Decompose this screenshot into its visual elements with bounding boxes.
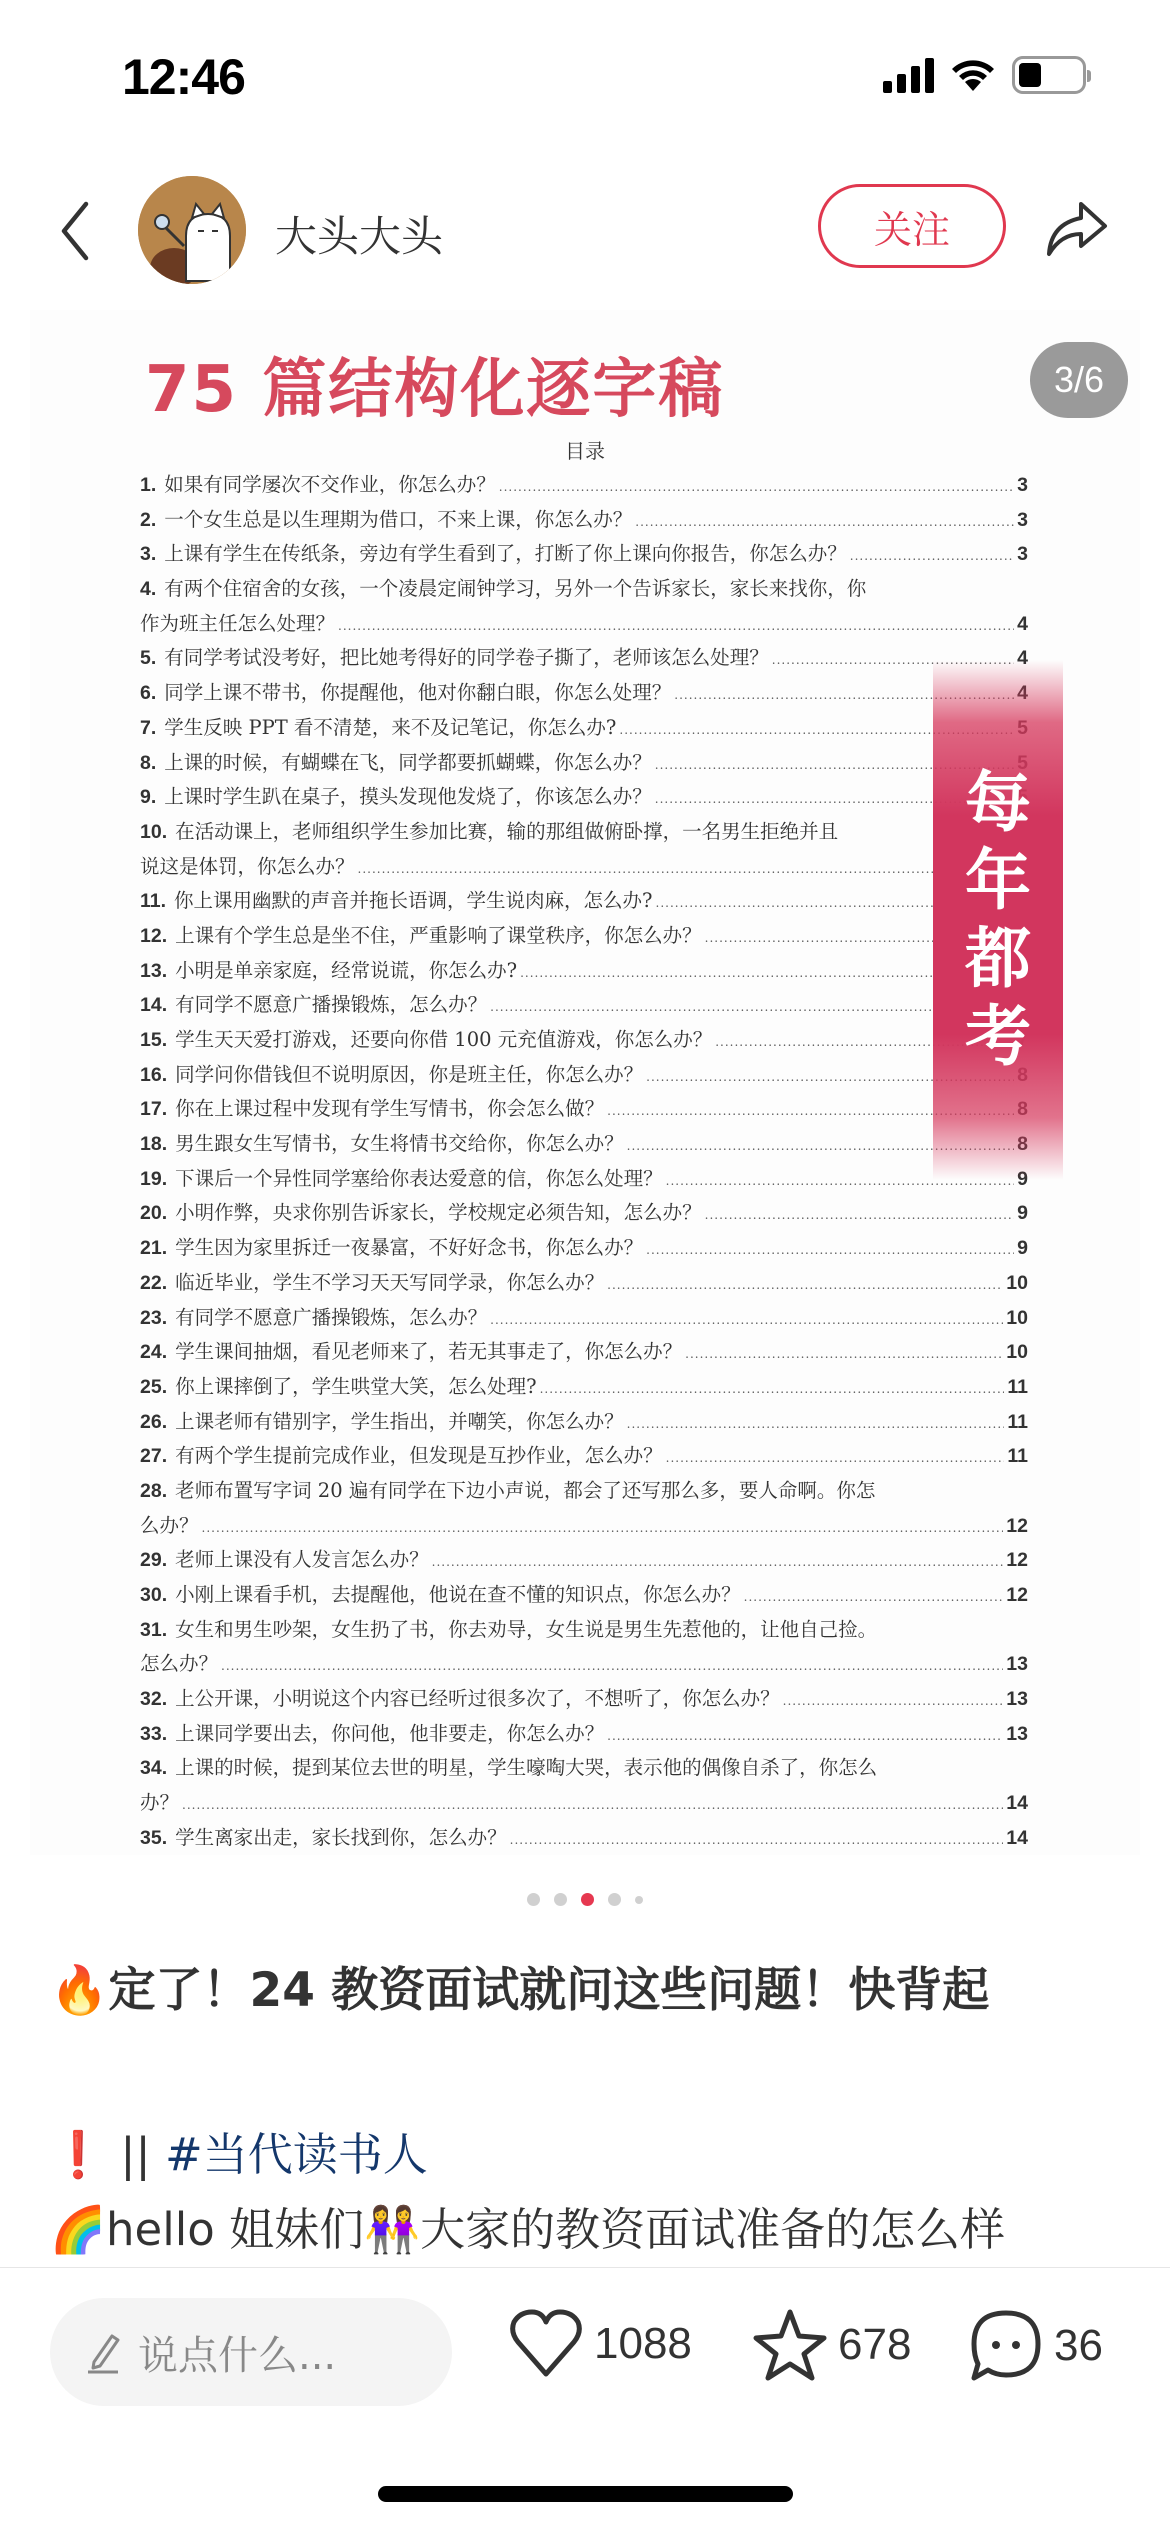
toc-item-text: 你上课摔倒了，学生哄堂大笑，怎么处理? — [175, 1370, 536, 1405]
toc-item: 27.有两个学生提前完成作业，但发现是互抄作业，怎么办？11 — [140, 1439, 1028, 1474]
carousel-dot[interactable] — [554, 1893, 567, 1906]
toc-item-number: 14. — [140, 988, 167, 1023]
share-arrow-icon — [1043, 198, 1109, 258]
toc-item-text: 一个女生总是以生理期为借口，不来上课，你怎么办？ — [164, 503, 632, 538]
post-title: 🔥定了！24 教资面试就问这些问题！快背起 — [50, 1948, 1130, 2034]
carousel-dots[interactable] — [0, 1893, 1170, 1906]
toc-item-number: 30. — [140, 1578, 167, 1613]
toc-item: 9.上课时学生趴在桌子，摸头发现他发烧了，你该怎么办？5 — [140, 780, 1028, 815]
toc-item-page: 11 — [1007, 1439, 1028, 1474]
toc-item-page: 12 — [1006, 1578, 1028, 1613]
leader-dots — [705, 1198, 1015, 1231]
leader-dots — [221, 1649, 1003, 1682]
toc-item-continued: 怎么办？13 — [140, 1647, 1028, 1682]
toc-item: 10.在活动课上，老师组织学生参加比赛，输的那组做俯卧撑，一名男生拒绝并且 — [140, 815, 1028, 850]
like-button[interactable]: 1088 — [508, 2308, 692, 2380]
toc-item-number: 32. — [140, 1682, 167, 1717]
toc-item: 18.男生跟女生写情书，女生将情书交给你，你怎么办？8 — [140, 1127, 1028, 1162]
toc-item: 6.同学上课不带书，你提醒他，他对你翻白眼，你怎么处理？4 — [140, 676, 1028, 711]
toc-item-text: 如果有同学屡次不交作业，你怎么办？ — [164, 468, 496, 503]
toc-item-page: 13 — [1006, 1682, 1028, 1717]
leader-dots — [627, 1407, 1005, 1440]
leader-dots — [540, 1372, 1005, 1405]
toc-item-text: 有同学考试没考好，把比她考得好的同学卷子撕了，老师该怎么处理？ — [164, 641, 769, 676]
toc-item: 34.上课的时候，提到某位去世的明星，学生嚎啕大哭，表示他的偶像自杀了，你怎么 — [140, 1751, 1028, 1786]
leader-dots — [685, 1337, 1003, 1370]
cellular-signal-icon — [883, 57, 934, 93]
toc-item-number: 8. — [140, 746, 156, 781]
leader-dots — [744, 1580, 1004, 1613]
leader-dots — [666, 1441, 1005, 1474]
toc-item-text: 上课的时候，有蝴蝶在飞，同学都要抓蝴蝶，你怎么办？ — [164, 746, 652, 781]
toc-item-continued: 说这是体罚，你怎么办？6 — [140, 850, 1028, 885]
toc-item-text: 女生和男生吵架，女生扔了书，你去劝导，女生说是男生先惹他的，让他自己捡。 — [175, 1613, 877, 1648]
leader-dots — [850, 539, 1014, 572]
toc-item-text: 在活动课上，老师组织学生参加比赛，输的那组做俯卧撑，一名男生拒绝并且 — [175, 815, 838, 850]
toc-item-number: 1. — [140, 468, 156, 503]
toc-item-page: 13 — [1006, 1647, 1028, 1682]
toc-item: 31.女生和男生吵架，女生扔了书，你去劝导，女生说是男生先惹他的，让他自己捡。 — [140, 1613, 1028, 1648]
toc-item-number: 28. — [140, 1474, 167, 1509]
toc-item-number: 9. — [140, 780, 156, 815]
toc-item-number: 21. — [140, 1231, 167, 1266]
toc-item-number: 15. — [140, 1023, 167, 1058]
banner-text: 每年都考 — [963, 764, 1033, 1076]
leader-dots — [358, 852, 1015, 885]
toc-item: 15.学生天天爱打游戏，还要向你借 100 元充值游戏，你怎么办？7 — [140, 1023, 1028, 1058]
pencil-icon — [86, 2330, 122, 2374]
favorite-button[interactable]: 678 — [752, 2308, 911, 2382]
leader-dots — [635, 505, 1014, 538]
fire-icon: 🔥 — [50, 1963, 109, 2018]
battery-icon — [1012, 56, 1086, 94]
status-time: 12:46 — [122, 48, 245, 106]
toc-item: 20.小明作弊，央求你别告诉家长，学校规定必须告知，怎么办？9 — [140, 1196, 1028, 1231]
like-count: 1088 — [594, 2319, 692, 2369]
chat-bubble-icon — [968, 2308, 1044, 2384]
toc-item-text-cont: 作为班主任怎么处理？ — [140, 607, 335, 642]
toc-item-number: 5. — [140, 641, 156, 676]
author-name[interactable]: 大头大头 — [275, 204, 443, 264]
toc-item-number: 11. — [140, 884, 166, 919]
two-women-icon: 👭 — [364, 2203, 420, 2256]
leader-dots — [499, 470, 1014, 503]
toc-item-page: 3 — [1017, 468, 1028, 503]
toc-item: 5.有同学考试没考好，把比她考得好的同学卷子撕了，老师该怎么处理？4 — [140, 641, 1028, 676]
leader-dots — [607, 1719, 1003, 1752]
toc-item-text: 有同学不愿意广播操锻炼，怎么办？ — [175, 988, 487, 1023]
toc-item-number: 18. — [140, 1127, 167, 1162]
toc-item-text: 老师上课没有人发言怎么办？ — [175, 1543, 429, 1578]
toc-item-number: 27. — [140, 1439, 167, 1474]
toc-item-text: 下课后一个异性同学塞给你表达爱意的信，你怎么处理？ — [175, 1162, 663, 1197]
toc-item-text: 学生课间抽烟，看见老师来了，若无其事走了，你怎么办？ — [175, 1335, 682, 1370]
toc-item-text: 学生离家出走，家长找到你，怎么办？ — [175, 1821, 507, 1856]
toc-item-number: 13. — [140, 954, 167, 989]
toc-item-page: 10 — [1006, 1301, 1028, 1336]
toc-item: 4.有两个住宿舍的女孩，一个凌晨定闹钟学习，另外一个告诉家长，家长来找你，你 — [140, 572, 1028, 607]
toc-item-text: 上课老师有错别字，学生指出，并嘲笑，你怎么办？ — [175, 1405, 624, 1440]
toc-item-page: 11 — [1007, 1370, 1028, 1405]
toc-item: 33.上课同学要出去，你问他，他非要走，你怎么办？13 — [140, 1717, 1028, 1752]
toc-item: 11.你上课用幽默的声音并拖长语调，学生说肉麻，怎么办?6 — [140, 884, 1028, 919]
toc-item-page: 12 — [1006, 1509, 1028, 1544]
toc-item-text: 小刚上课看手机，去提醒他，他说在查不懂的知识点，你怎么办？ — [175, 1578, 741, 1613]
toc-item: 17.你在上课过程中发现有学生写情书，你会怎么做？8 — [140, 1092, 1028, 1127]
leader-dots — [182, 1788, 1003, 1821]
toc-item-page: 14 — [1006, 1786, 1028, 1821]
toc-item: 22.临近毕业，学生不学习天天写同学录，你怎么办？10 — [140, 1266, 1028, 1301]
toc-item: 8.上课的时候，有蝴蝶在飞，同学都要抓蝴蝶，你怎么办？5 — [140, 746, 1028, 781]
toc-item-number: 3. — [140, 537, 156, 572]
toc-item-text: 有同学不愿意广播操锻炼，怎么办？ — [175, 1301, 487, 1336]
toc-item-text: 上课有学生在传纸条，旁边有学生看到了，打断了你上课向你报告，你怎么办？ — [164, 537, 847, 572]
toc-item: 19.下课后一个异性同学塞给你表达爱意的信，你怎么处理？9 — [140, 1162, 1028, 1197]
status-icons — [883, 56, 1086, 94]
document-title: 75 篇结构化逐字稿 — [145, 338, 724, 430]
toc-item-text: 老师布置写字词 20 遍有同学在下边小声说，都会了还写那么多，要人命啊。你怎 — [175, 1474, 875, 1509]
carousel-dot[interactable] — [527, 1893, 540, 1906]
toc-item: 16.同学问你借钱但不说明原因，你是班主任，你怎么办？8 — [140, 1058, 1028, 1093]
toc-item-page: 4 — [1017, 607, 1028, 642]
toc-item-page: 12 — [1006, 1543, 1028, 1578]
toc-item: 26.上课老师有错别字，学生指出，并嘲笑，你怎么办？11 — [140, 1405, 1028, 1440]
toc-item: 23.有同学不愿意广播操锻炼，怎么办？10 — [140, 1301, 1028, 1336]
wifi-icon — [950, 57, 996, 93]
toc-item-text: 学生天天爱打游戏，还要向你借 100 元充值游戏，你怎么办？ — [175, 1023, 712, 1058]
back-button[interactable] — [50, 196, 100, 266]
toc-item-number: 2. — [140, 503, 156, 538]
toc-item-continued: 办？14 — [140, 1786, 1028, 1821]
toc-item-number: 7. — [140, 711, 156, 746]
toc-item-text: 男生跟女生写情书，女生将情书交给你，你怎么办？ — [175, 1127, 624, 1162]
leader-dots — [607, 1268, 1003, 1301]
comment-placeholder: 说点什么... — [138, 2324, 336, 2381]
toc-item-text-cont: 说这是体罚，你怎么办？ — [140, 850, 355, 885]
toc-item-text-cont: 办？ — [140, 1786, 179, 1821]
toc-item-text: 上课有个学生总是坐不住，严重影响了课堂秩序，你怎么办？ — [175, 919, 702, 954]
banner-every-year: 每年都考 — [933, 660, 1063, 1180]
carousel-dot[interactable] — [635, 1896, 643, 1904]
toc-item-text: 上公开课，小明说这个内容已经听过很多次了，不想听了，你怎么办？ — [175, 1682, 780, 1717]
toc-item-text: 上课的时候，提到某位去世的明星，学生嚎啕大哭，表示他的偶像自杀了，你怎么 — [175, 1751, 877, 1786]
leader-dots — [646, 1233, 1014, 1266]
carousel-dot-active[interactable] — [581, 1893, 594, 1906]
toc-item-continued: 作为班主任怎么处理？4 — [140, 607, 1028, 642]
comment-button[interactable]: 36 — [968, 2308, 1103, 2384]
toc-item-continued: 么办？12 — [140, 1509, 1028, 1544]
toc-item: 3.上课有学生在传纸条，旁边有学生看到了，打断了你上课向你报告，你怎么办？3 — [140, 537, 1028, 572]
home-indicator[interactable] — [378, 2486, 793, 2502]
toc-item: 14.有同学不愿意广播操锻炼，怎么办？7 — [140, 988, 1028, 1023]
toc-item-text: 你在上课过程中发现有学生写情书，你会怎么做？ — [175, 1092, 604, 1127]
page-indicator-badge: 3/6 — [1030, 342, 1128, 418]
toc-item-text: 同学问你借钱但不说明原因，你是班主任，你怎么办？ — [175, 1058, 643, 1093]
toc-item-number: 22. — [140, 1266, 167, 1301]
toc-item: 24.学生课间抽烟，看见老师来了，若无其事走了，你怎么办？10 — [140, 1335, 1028, 1370]
leader-dots — [432, 1545, 1004, 1578]
toc-item-number: 35. — [140, 1821, 167, 1856]
leader-dots — [202, 1511, 1004, 1544]
comment-count: 36 — [1054, 2321, 1103, 2371]
status-bar: 12:46 — [0, 0, 1170, 150]
toc-item: 25.你上课摔倒了，学生哄堂大笑，怎么处理?11 — [140, 1370, 1028, 1405]
toc-item: 7.学生反映 PPT 看不清楚，来不及记笔记，你怎么办?5 — [140, 711, 1028, 746]
toc-item: 32.上公开课，小明说这个内容已经听过很多次了，不想听了，你怎么办？13 — [140, 1682, 1028, 1717]
leader-dots — [783, 1684, 1004, 1717]
toc-item-number: 33. — [140, 1717, 167, 1752]
leader-dots — [490, 1303, 1003, 1336]
toc-item-page: 9 — [1017, 1231, 1028, 1266]
toc-item-text: 上课时学生趴在桌子，摸头发现他发烧了，你该怎么办？ — [164, 780, 652, 815]
toc-item-number: 17. — [140, 1092, 167, 1127]
table-of-contents: 1.如果有同学屡次不交作业，你怎么办？32.一个女生总是以生理期为借口，不来上课… — [140, 468, 1028, 1856]
toc-item: 21.学生因为家里拆迁一夜暴富，不好好念书，你怎么办？9 — [140, 1231, 1028, 1266]
toc-item-text: 学生反映 PPT 看不清楚，来不及记笔记，你怎么办? — [164, 711, 616, 746]
heart-icon — [508, 2308, 584, 2380]
carousel-dot[interactable] — [608, 1893, 621, 1906]
toc-item: 35.学生离家出走，家长找到你，怎么办？14 — [140, 1821, 1028, 1856]
toc-item-text: 临近毕业，学生不学习天天写同学录，你怎么办？ — [175, 1266, 604, 1301]
toc-item-text: 学生因为家里拆迁一夜暴富，不好好念书，你怎么办？ — [175, 1231, 643, 1266]
toc-item-number: 31. — [140, 1613, 167, 1648]
toc-item-number: 4. — [140, 572, 156, 607]
toc-item: 30.小刚上课看手机，去提醒他，他说在查不懂的知识点，你怎么办？12 — [140, 1578, 1028, 1613]
comment-input[interactable]: 说点什么... — [50, 2298, 452, 2406]
toc-item-number: 19. — [140, 1162, 167, 1197]
leader-dots — [338, 609, 1014, 642]
post-title-text: 定了！24 教资面试就问这些问题！快背起 — [109, 1963, 990, 2018]
hashtag-link[interactable]: #当代读书人 — [165, 2128, 428, 2181]
share-button[interactable] — [1040, 192, 1112, 264]
post-header: 大头大头 关注 — [0, 170, 1170, 290]
toc-item-page: 3 — [1017, 503, 1028, 538]
toc-item-number: 25. — [140, 1370, 167, 1405]
exclamation-icon: ❗ — [50, 2128, 106, 2181]
toc-item: 13.小明是单亲家庭，经常说谎，你怎么办?7 — [140, 954, 1028, 989]
toc-item-text: 上课同学要出去，你问他，他非要走，你怎么办？ — [175, 1717, 604, 1752]
toc-item-page: 10 — [1006, 1266, 1028, 1301]
toc-item-text-cont: 怎么办？ — [140, 1647, 218, 1682]
toc-item-page: 13 — [1006, 1717, 1028, 1752]
post-body-text-2: 大家的教资面试准备的怎么样 — [420, 2203, 1005, 2256]
favorite-count: 678 — [838, 2320, 911, 2370]
toc-item-text: 小明作弊，央求你别告诉家长，学校规定必须告知，怎么办？ — [175, 1196, 702, 1231]
toc-item-text-cont: 么办？ — [140, 1509, 199, 1544]
cat-avatar-icon — [138, 176, 246, 284]
post-body-text: hello 姐妹们 — [106, 2203, 364, 2256]
toc-heading: 目录 — [30, 435, 1140, 464]
document-image: 75 篇结构化逐字稿 目录 1.如果有同学屡次不交作业，你怎么办？32.一个女生… — [30, 310, 1140, 1855]
toc-item: 2.一个女生总是以生理期为借口，不来上课，你怎么办？3 — [140, 503, 1028, 538]
toc-item-number: 16. — [140, 1058, 167, 1093]
toc-item-number: 34. — [140, 1751, 167, 1786]
toc-item-page: 3 — [1017, 537, 1028, 572]
follow-button[interactable]: 关注 — [818, 184, 1006, 268]
avatar[interactable] — [138, 176, 246, 284]
toc-item-text: 有两个住宿舍的女孩，一个凌晨定闹钟学习，另外一个告诉家长，家长来找你，你 — [164, 572, 866, 607]
post-body: 🌈hello 姐妹们👭大家的教资面试准备的怎么样 — [50, 2200, 1005, 2260]
toc-item-number: 20. — [140, 1196, 167, 1231]
toc-item-text: 你上课用幽默的声音并拖长语调，学生说肉麻，怎么办? — [174, 884, 652, 919]
toc-item-number: 12. — [140, 919, 167, 954]
toc-item-number: 26. — [140, 1405, 167, 1440]
toc-item-page: 9 — [1017, 1196, 1028, 1231]
star-icon — [752, 2308, 828, 2382]
toc-item: 12.上课有个学生总是坐不住，严重影响了课堂秩序，你怎么办？6 — [140, 919, 1028, 954]
chevron-left-icon — [58, 200, 92, 262]
toc-item-number: 24. — [140, 1335, 167, 1370]
rainbow-icon: 🌈 — [50, 2203, 106, 2256]
toc-item-page: 11 — [1007, 1405, 1028, 1440]
toc-item-text: 小明是单亲家庭，经常说谎，你怎么办? — [175, 954, 517, 989]
toc-item-number: 6. — [140, 676, 156, 711]
toc-item: 1.如果有同学屡次不交作业，你怎么办？3 — [140, 468, 1028, 503]
toc-item: 28.老师布置写字词 20 遍有同学在下边小声说，都会了还写那么多，要人命啊。你… — [140, 1474, 1028, 1509]
toc-item: 29.老师上课没有人发言怎么办？12 — [140, 1543, 1028, 1578]
toc-item-number: 29. — [140, 1543, 167, 1578]
toc-item-page: 14 — [1006, 1821, 1028, 1856]
leader-dots — [510, 1823, 1004, 1856]
post-tags: ❗ || #当代读书人 — [50, 2125, 428, 2185]
toc-item-text: 有两个学生提前完成作业，但发现是互抄作业，怎么办？ — [175, 1439, 663, 1474]
toc-item-number: 23. — [140, 1301, 167, 1336]
toc-item-page: 10 — [1006, 1335, 1028, 1370]
toc-item-text: 同学上课不带书，你提醒他，他对你翻白眼，你怎么处理？ — [164, 676, 671, 711]
toc-item-number: 10. — [140, 815, 167, 850]
tag-separator: || — [120, 2128, 150, 2181]
image-carousel[interactable]: 75 篇结构化逐字稿 目录 1.如果有同学屡次不交作业，你怎么办？32.一个女生… — [0, 300, 1170, 1865]
